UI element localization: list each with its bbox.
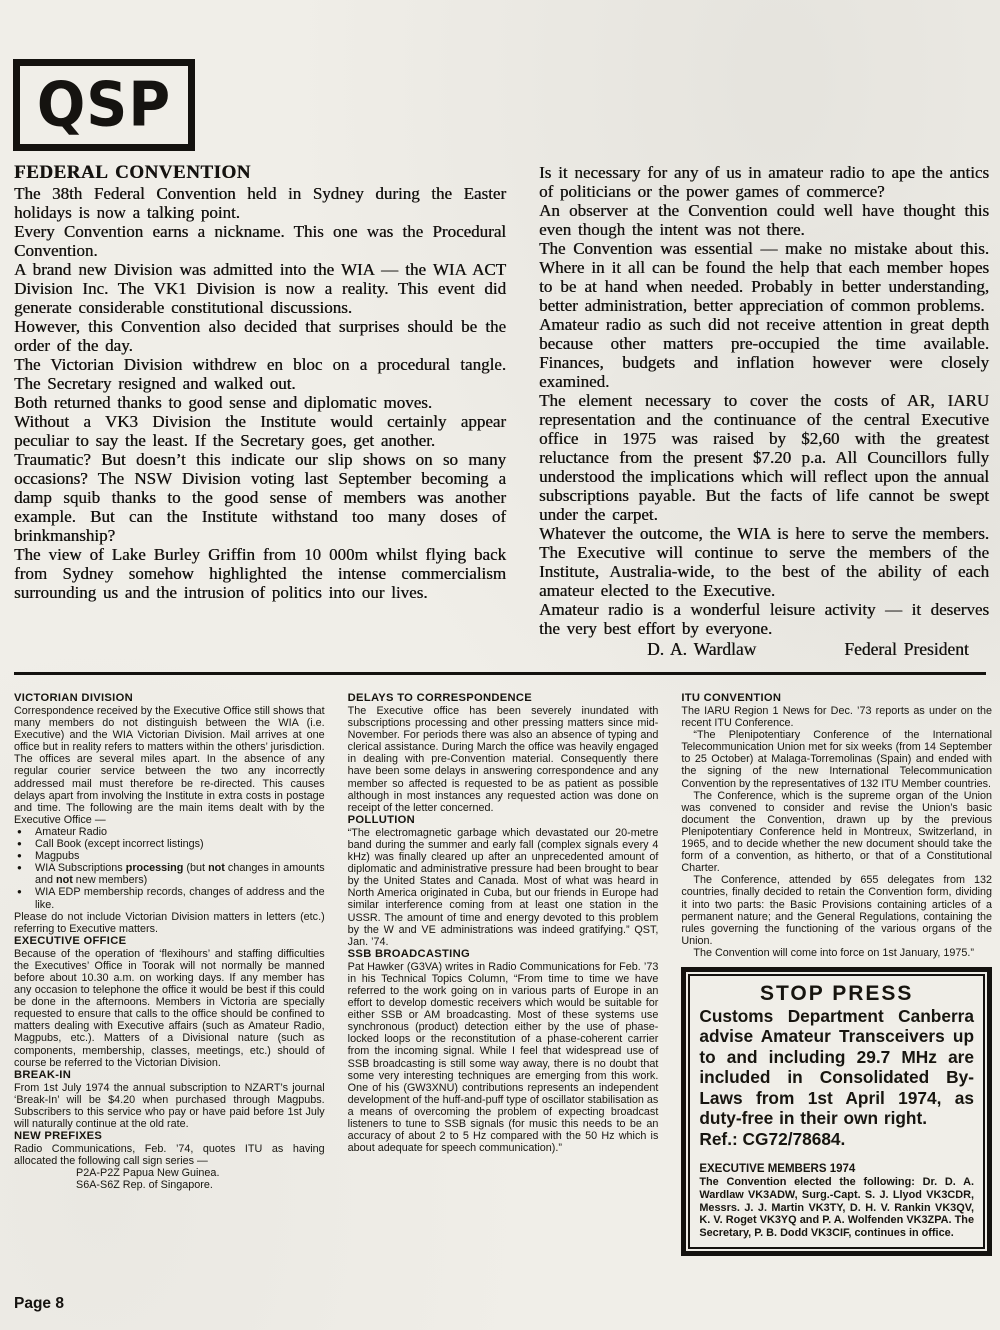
column-victorian-division: VICTORIAN DIVISION Correspondence receiv… bbox=[14, 692, 325, 1256]
article-title: FEDERAL CONVENTION bbox=[14, 163, 506, 183]
article-paragraph: An observer at the Convention could well… bbox=[539, 201, 989, 239]
section-heading-new-prefixes: NEW PREFIXES bbox=[14, 1130, 325, 1143]
section-heading-executive-members: EXECUTIVE MEMBERS 1974 bbox=[699, 1163, 974, 1176]
section-heading-delays: DELAYS TO CORRESPONDENCE bbox=[348, 692, 659, 705]
article-paragraph: A brand new Division was admitted into t… bbox=[14, 260, 506, 317]
bullet-text-part-bold: not bbox=[56, 874, 73, 886]
article-signature: D. A. Wardlaw Federal President bbox=[539, 639, 989, 659]
call-sign-series-line: S6A-S6Z Rep. of Singapore. bbox=[14, 1179, 325, 1191]
section-body: From 1st July 1974 the annual subscripti… bbox=[14, 1082, 325, 1130]
executive-members-body: The Convention elected the following: Dr… bbox=[699, 1176, 974, 1239]
section-body: The Convention will come into force on 1… bbox=[681, 947, 992, 959]
section-body: The IARU Region 1 News for Dec. ’73 repo… bbox=[681, 705, 992, 729]
section-heading-ssb-broadcasting: SSB BROADCASTING bbox=[348, 948, 659, 961]
federal-convention-article: FEDERAL CONVENTION The 38th Federal Conv… bbox=[14, 163, 989, 659]
article-left-column: FEDERAL CONVENTION The 38th Federal Conv… bbox=[14, 163, 506, 659]
section-body: Radio Communications, Feb. ’74, quotes I… bbox=[14, 1143, 325, 1167]
article-paragraph: Without a VK3 Division the Institute wou… bbox=[14, 412, 506, 450]
section-heading-victorian-division: VICTORIAN DIVISION bbox=[14, 692, 325, 705]
section-body: “The Plenipotentiary Conference of the I… bbox=[681, 729, 992, 789]
stop-press-body: Customs Department Canberra advise Amate… bbox=[699, 1006, 974, 1129]
section-body: The Executive office has been severely i… bbox=[348, 705, 659, 814]
stop-press-inner: STOP PRESS Customs Department Canberra a… bbox=[688, 974, 985, 1249]
bullet-item: Magpubs bbox=[14, 850, 325, 862]
article-paragraph: Both returned thanks to good sense and d… bbox=[14, 393, 506, 412]
article-paragraph: The element necessary to cover the costs… bbox=[539, 391, 989, 524]
article-paragraph: However, this Convention also decided th… bbox=[14, 317, 506, 355]
bullet-text-part: new members) bbox=[73, 874, 147, 886]
article-right-column: Is it necessary for any of us in amateur… bbox=[539, 163, 989, 659]
section-body: Correspondence received by the Executive… bbox=[14, 705, 325, 826]
section-body: The Conference, which is the supreme org… bbox=[681, 790, 992, 875]
section-heading-break-in: BREAK-IN bbox=[14, 1069, 325, 1082]
article-paragraph: The view of Lake Burley Griffin from 10 … bbox=[14, 545, 506, 602]
section-heading-pollution: POLLUTION bbox=[348, 814, 659, 827]
bullet-item: WIA Subscriptions processing (but not ch… bbox=[14, 862, 325, 886]
column-itu-convention: ITU CONVENTION The IARU Region 1 News fo… bbox=[681, 692, 992, 1256]
article-paragraph: The Convention was essential — make no m… bbox=[539, 239, 989, 315]
stop-press-box: STOP PRESS Customs Department Canberra a… bbox=[681, 967, 992, 1256]
stop-press-reference: Ref.: CG72/78684. bbox=[699, 1129, 974, 1150]
section-body: “The electromagnetic garbage which devas… bbox=[348, 827, 659, 948]
article-paragraph: Amateur radio as such did not receive at… bbox=[539, 315, 989, 391]
article-paragraph: Amateur radio is a wonderful leisure act… bbox=[539, 600, 989, 638]
qsp-logo-text: QSP bbox=[37, 74, 171, 136]
signature-role: Federal President bbox=[844, 639, 968, 659]
stop-press-title: STOP PRESS bbox=[699, 982, 974, 1006]
magazine-page: QSP FEDERAL CONVENTION The 38th Federal … bbox=[0, 0, 1000, 1330]
bullet-text-part: WIA Subscriptions bbox=[35, 862, 126, 874]
page-number: Page 8 bbox=[14, 1295, 64, 1313]
section-body: Because of the operation of ‘flexihours’… bbox=[14, 948, 325, 1069]
bullet-item: Amateur Radio bbox=[14, 826, 325, 838]
signature-name: D. A. Wardlaw bbox=[647, 639, 756, 659]
article-paragraph: Traumatic? But doesn’t this indicate our… bbox=[14, 450, 506, 545]
bullet-text-part-bold: not bbox=[208, 862, 225, 874]
bullet-item: Call Book (except incorrect listings) bbox=[14, 838, 325, 850]
section-body: Pat Hawker (G3VA) writes in Radio Commun… bbox=[348, 961, 659, 1155]
bullet-text-part: (but bbox=[183, 862, 208, 874]
horizontal-divider-rule bbox=[14, 672, 986, 675]
call-sign-series-line: P2A-P2Z Papua New Guinea. bbox=[14, 1167, 325, 1179]
section-heading-executive-office: EXECUTIVE OFFICE bbox=[14, 935, 325, 948]
section-heading-itu-convention: ITU CONVENTION bbox=[681, 692, 992, 705]
article-paragraph: The 38th Federal Convention held in Sydn… bbox=[14, 184, 506, 222]
section-body: The Conference, attended by 655 delegate… bbox=[681, 874, 992, 947]
article-paragraph: Is it necessary for any of us in amateur… bbox=[539, 163, 989, 201]
section-note: Please do not include Victorian Division… bbox=[14, 911, 325, 935]
article-paragraph: Every Convention earns a nickname. This … bbox=[14, 222, 506, 260]
bottom-columns-section: VICTORIAN DIVISION Correspondence receiv… bbox=[14, 692, 992, 1256]
bullet-item: WIA EDP membership records, changes of a… bbox=[14, 886, 325, 910]
article-paragraph: Whatever the outcome, the WIA is here to… bbox=[539, 524, 989, 600]
article-paragraph: The Victorian Division withdrew en bloc … bbox=[14, 355, 506, 393]
bullet-text-part-bold: processing bbox=[126, 862, 184, 874]
column-correspondence: DELAYS TO CORRESPONDENCE The Executive o… bbox=[348, 692, 659, 1256]
qsp-logo: QSP bbox=[13, 59, 195, 151]
